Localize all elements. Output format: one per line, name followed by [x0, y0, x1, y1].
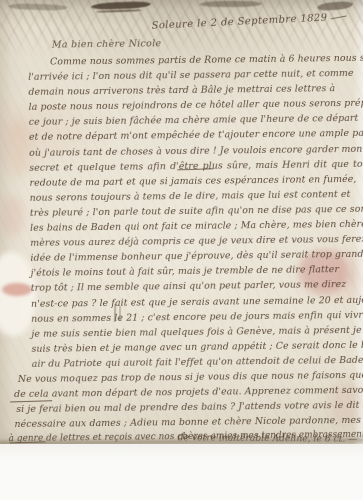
date-line: Soleure le 2 de Septembre 1829 [151, 12, 346, 32]
handwriting-layer: Soleure le 2 de Septembre 1829 Ma bien c… [0, 0, 363, 444]
letter-body: Comme nous sommes partis de Rome ce mati… [28, 51, 359, 444]
letter-paper-sheet: Soleure le 2 de Septembre 1829 Ma bien c… [0, 0, 363, 444]
salutation: Ma bien chère Nicole [52, 38, 162, 50]
scan-background [0, 444, 363, 500]
letter-scan: Soleure le 2 de Septembre 1829 Ma bien c… [0, 0, 363, 500]
